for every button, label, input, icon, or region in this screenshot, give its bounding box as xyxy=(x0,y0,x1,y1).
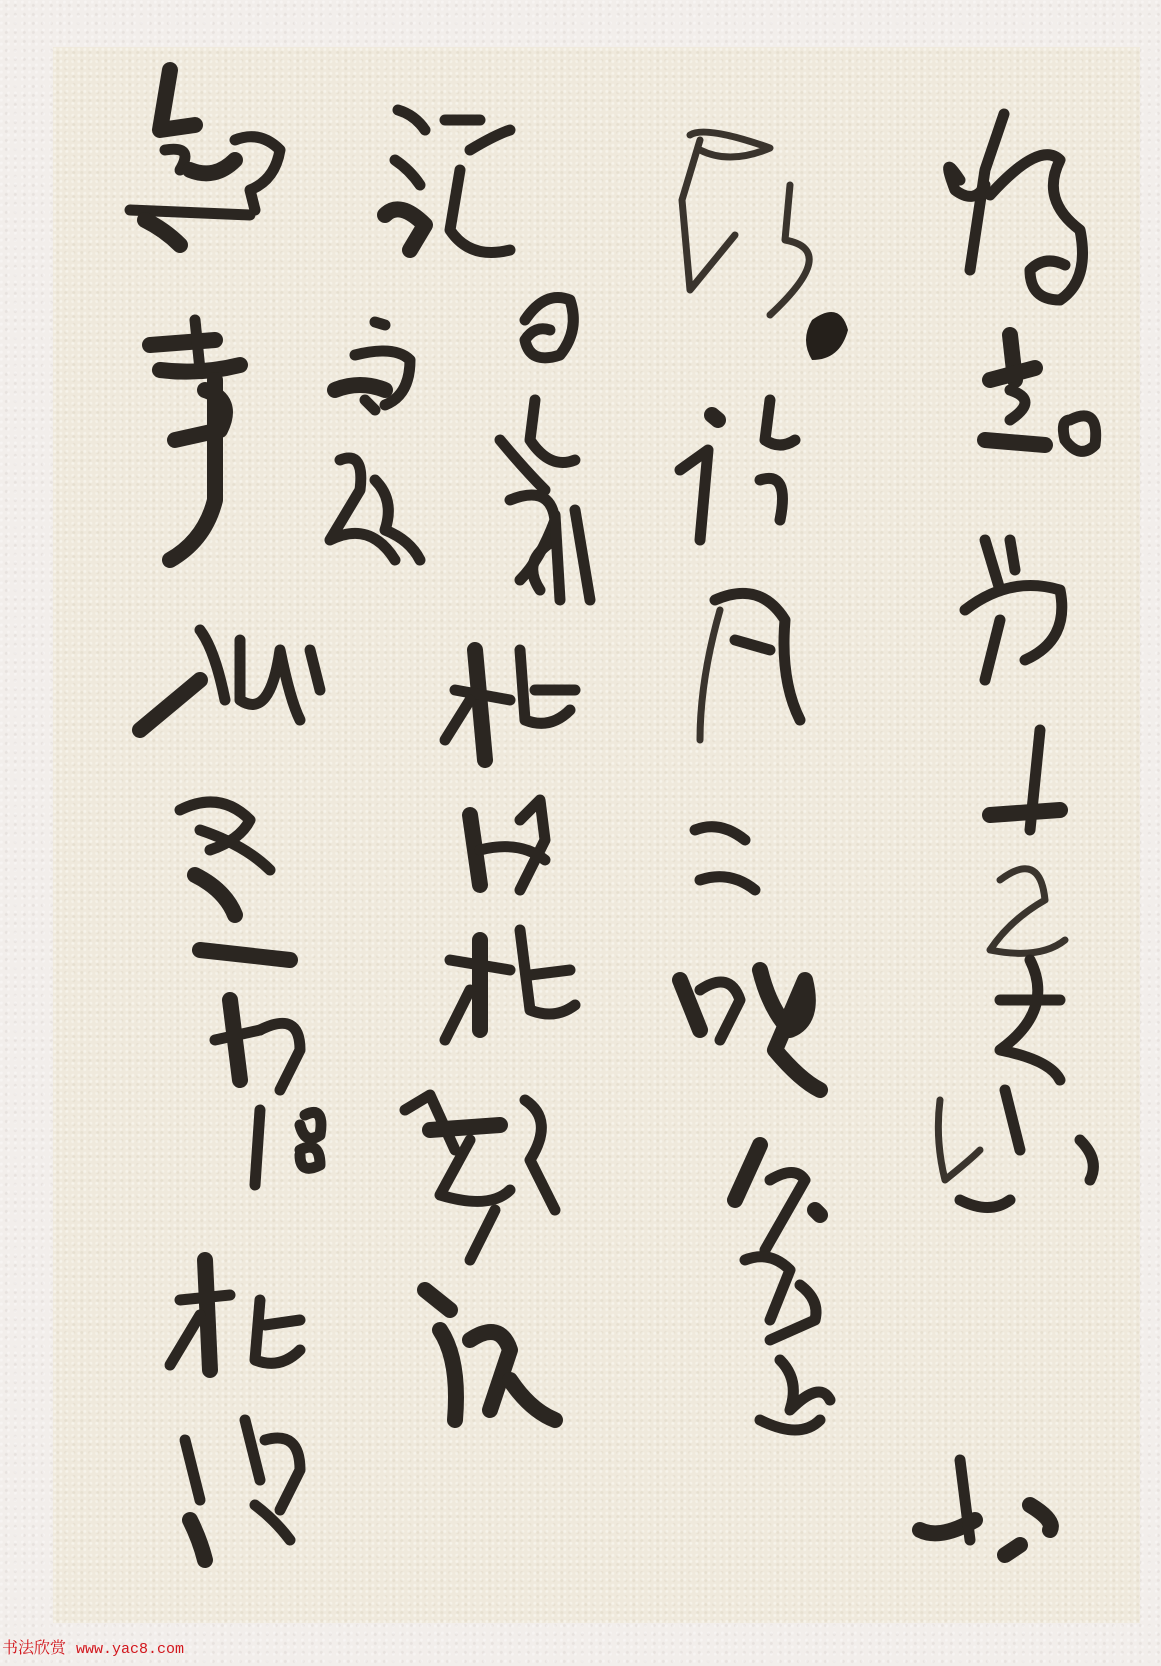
column-1 xyxy=(920,114,1096,1555)
watermark-label: 书法欣赏 xyxy=(2,1638,66,1657)
column-3 xyxy=(385,110,590,1420)
column-4 xyxy=(130,70,321,1560)
site-watermark: 书法欣赏www.yac8.com xyxy=(2,1635,184,1658)
watermark-url[interactable]: www.yac8.com xyxy=(76,1641,184,1658)
calligraphy-ink-strokes xyxy=(0,0,1161,1666)
column-small-inscription xyxy=(330,322,420,560)
column-2 xyxy=(680,132,848,1430)
